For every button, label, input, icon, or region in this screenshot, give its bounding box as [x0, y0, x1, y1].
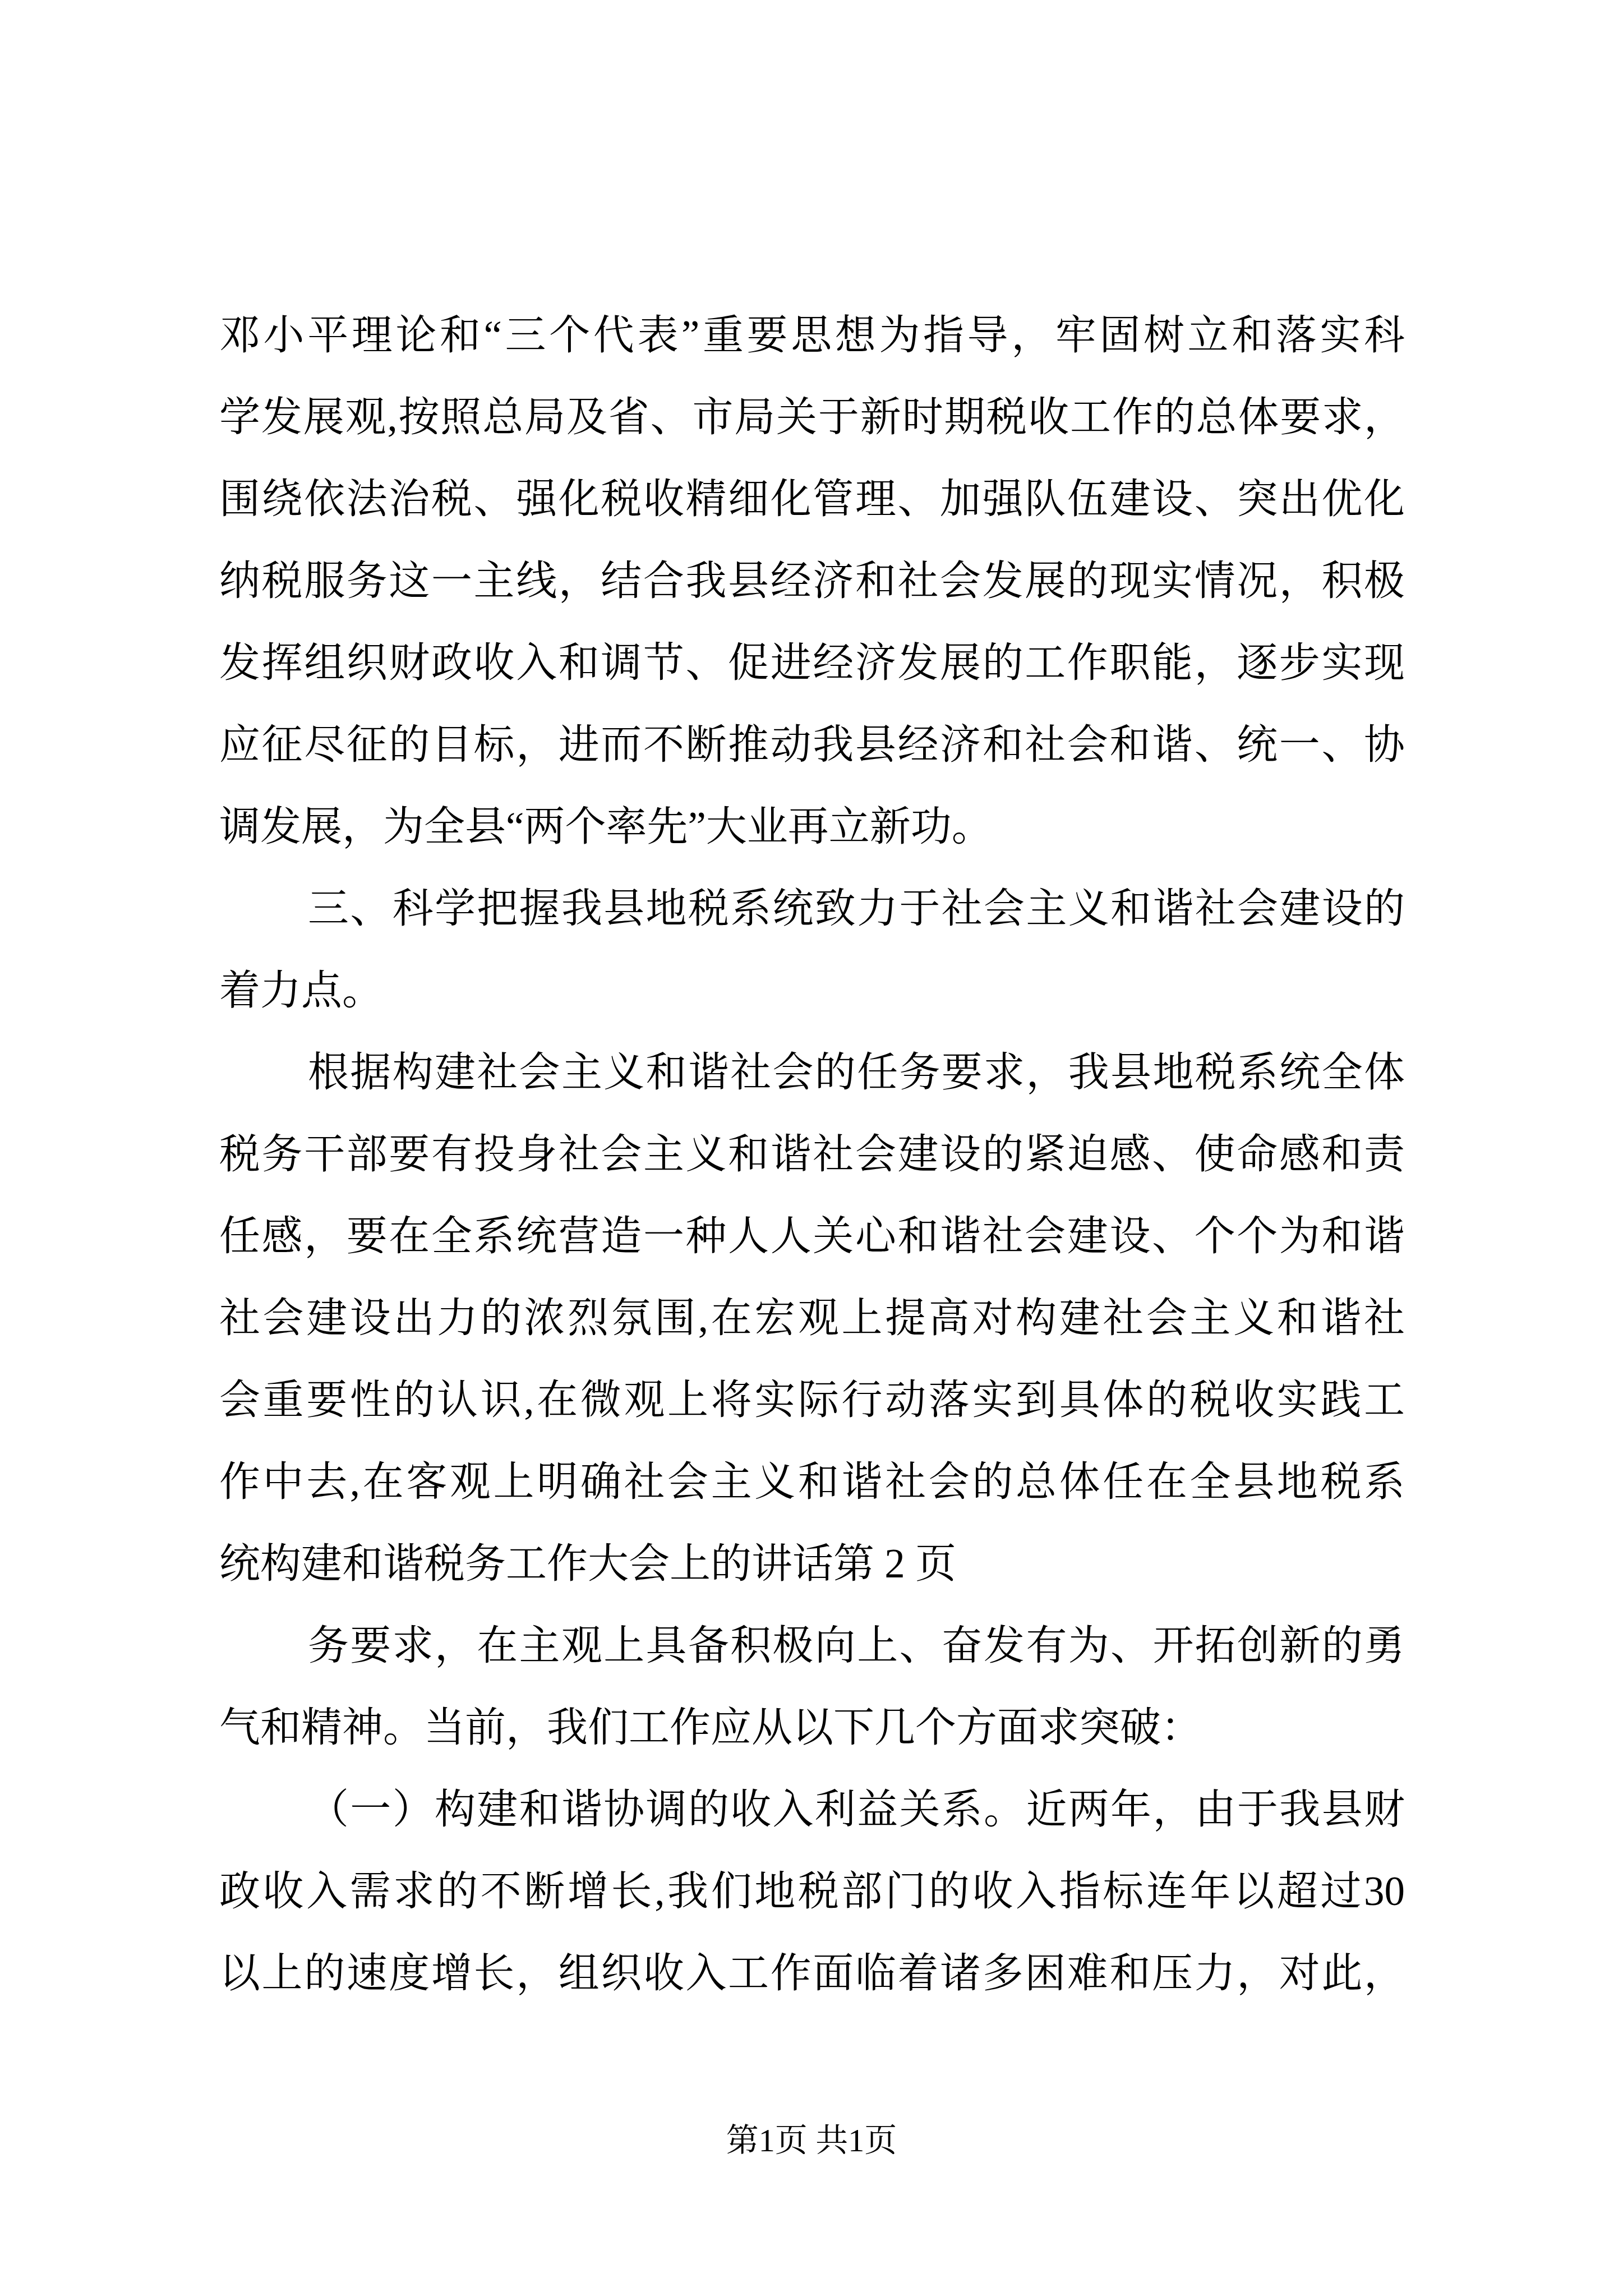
text-line: 三、科学把握我县地税系统致力于社会主义和谐社会建设的 — [219, 868, 1405, 950]
text-line: 调发展，为全县“两个率先”大业再立新功。 — [219, 786, 1405, 868]
text-line: 纳税服务这一主线，结合我县经济和社会发展的现实情况，积极 — [219, 540, 1405, 622]
text-line: 务要求，在主观上具备积极向上、奋发有为、开拓创新的勇 — [219, 1605, 1405, 1687]
text-line: 以上的速度增长，组织收入工作面临着诸多困难和压力，对此， — [219, 1932, 1405, 2014]
text-line: 发挥组织财政收入和调节、促进经济发展的工作职能，逐步实现 — [219, 622, 1405, 704]
text-line: 学发展观,按照总局及省、市局关于新时期税收工作的总体要求， — [219, 376, 1405, 458]
text-line: 会重要性的认识,在微观上将实际行动落实到具体的税收实践工 — [219, 1359, 1405, 1441]
page-footer: 第1页 共1页 — [0, 2118, 1623, 2163]
text-line: 政收入需求的不断增长,我们地税部门的收入指标连年以超过30 — [219, 1851, 1405, 1932]
text-line: 统构建和谐税务工作大会上的讲话第 2 页 — [219, 1523, 1405, 1605]
text-line: 着力点。 — [219, 950, 1405, 1032]
text-line: 税务干部要有投身社会主义和谐社会建设的紧迫感、使命感和责 — [219, 1114, 1405, 1195]
text-line: 围绕依法治税、强化税收精细化管理、加强队伍建设、突出优化 — [219, 458, 1405, 540]
page-number: 第1页 共1页 — [726, 2122, 897, 2159]
text-line: 任感，要在全系统营造一种人人关心和谐社会建设、个个为和谐 — [219, 1195, 1405, 1277]
text-line: 作中去,在客观上明确社会主义和谐社会的总体任在全县地税系 — [219, 1441, 1405, 1523]
text-line: 社会建设出力的浓烈氛围,在宏观上提高对构建社会主义和谐社 — [219, 1277, 1405, 1359]
text-line: 应征尽征的目标，进而不断推动我县经济和社会和谐、统一、协 — [219, 704, 1405, 786]
text-line: 根据构建社会主义和谐社会的任务要求，我县地税系统全体 — [219, 1032, 1405, 1114]
text-line: 气和精神。当前，我们工作应从以下几个方面求突破： — [219, 1687, 1405, 1769]
document-body: 邓小平理论和“三个代表”重要思想为指导，牢固树立和落实科 学发展观,按照总局及省… — [219, 295, 1405, 2014]
text-line: （一）构建和谐协调的收入利益关系。近两年，由于我县财 — [219, 1769, 1405, 1851]
document-page: 邓小平理论和“三个代表”重要思想为指导，牢固树立和落实科 学发展观,按照总局及省… — [0, 0, 1623, 2296]
text-line: 邓小平理论和“三个代表”重要思想为指导，牢固树立和落实科 — [219, 295, 1405, 376]
